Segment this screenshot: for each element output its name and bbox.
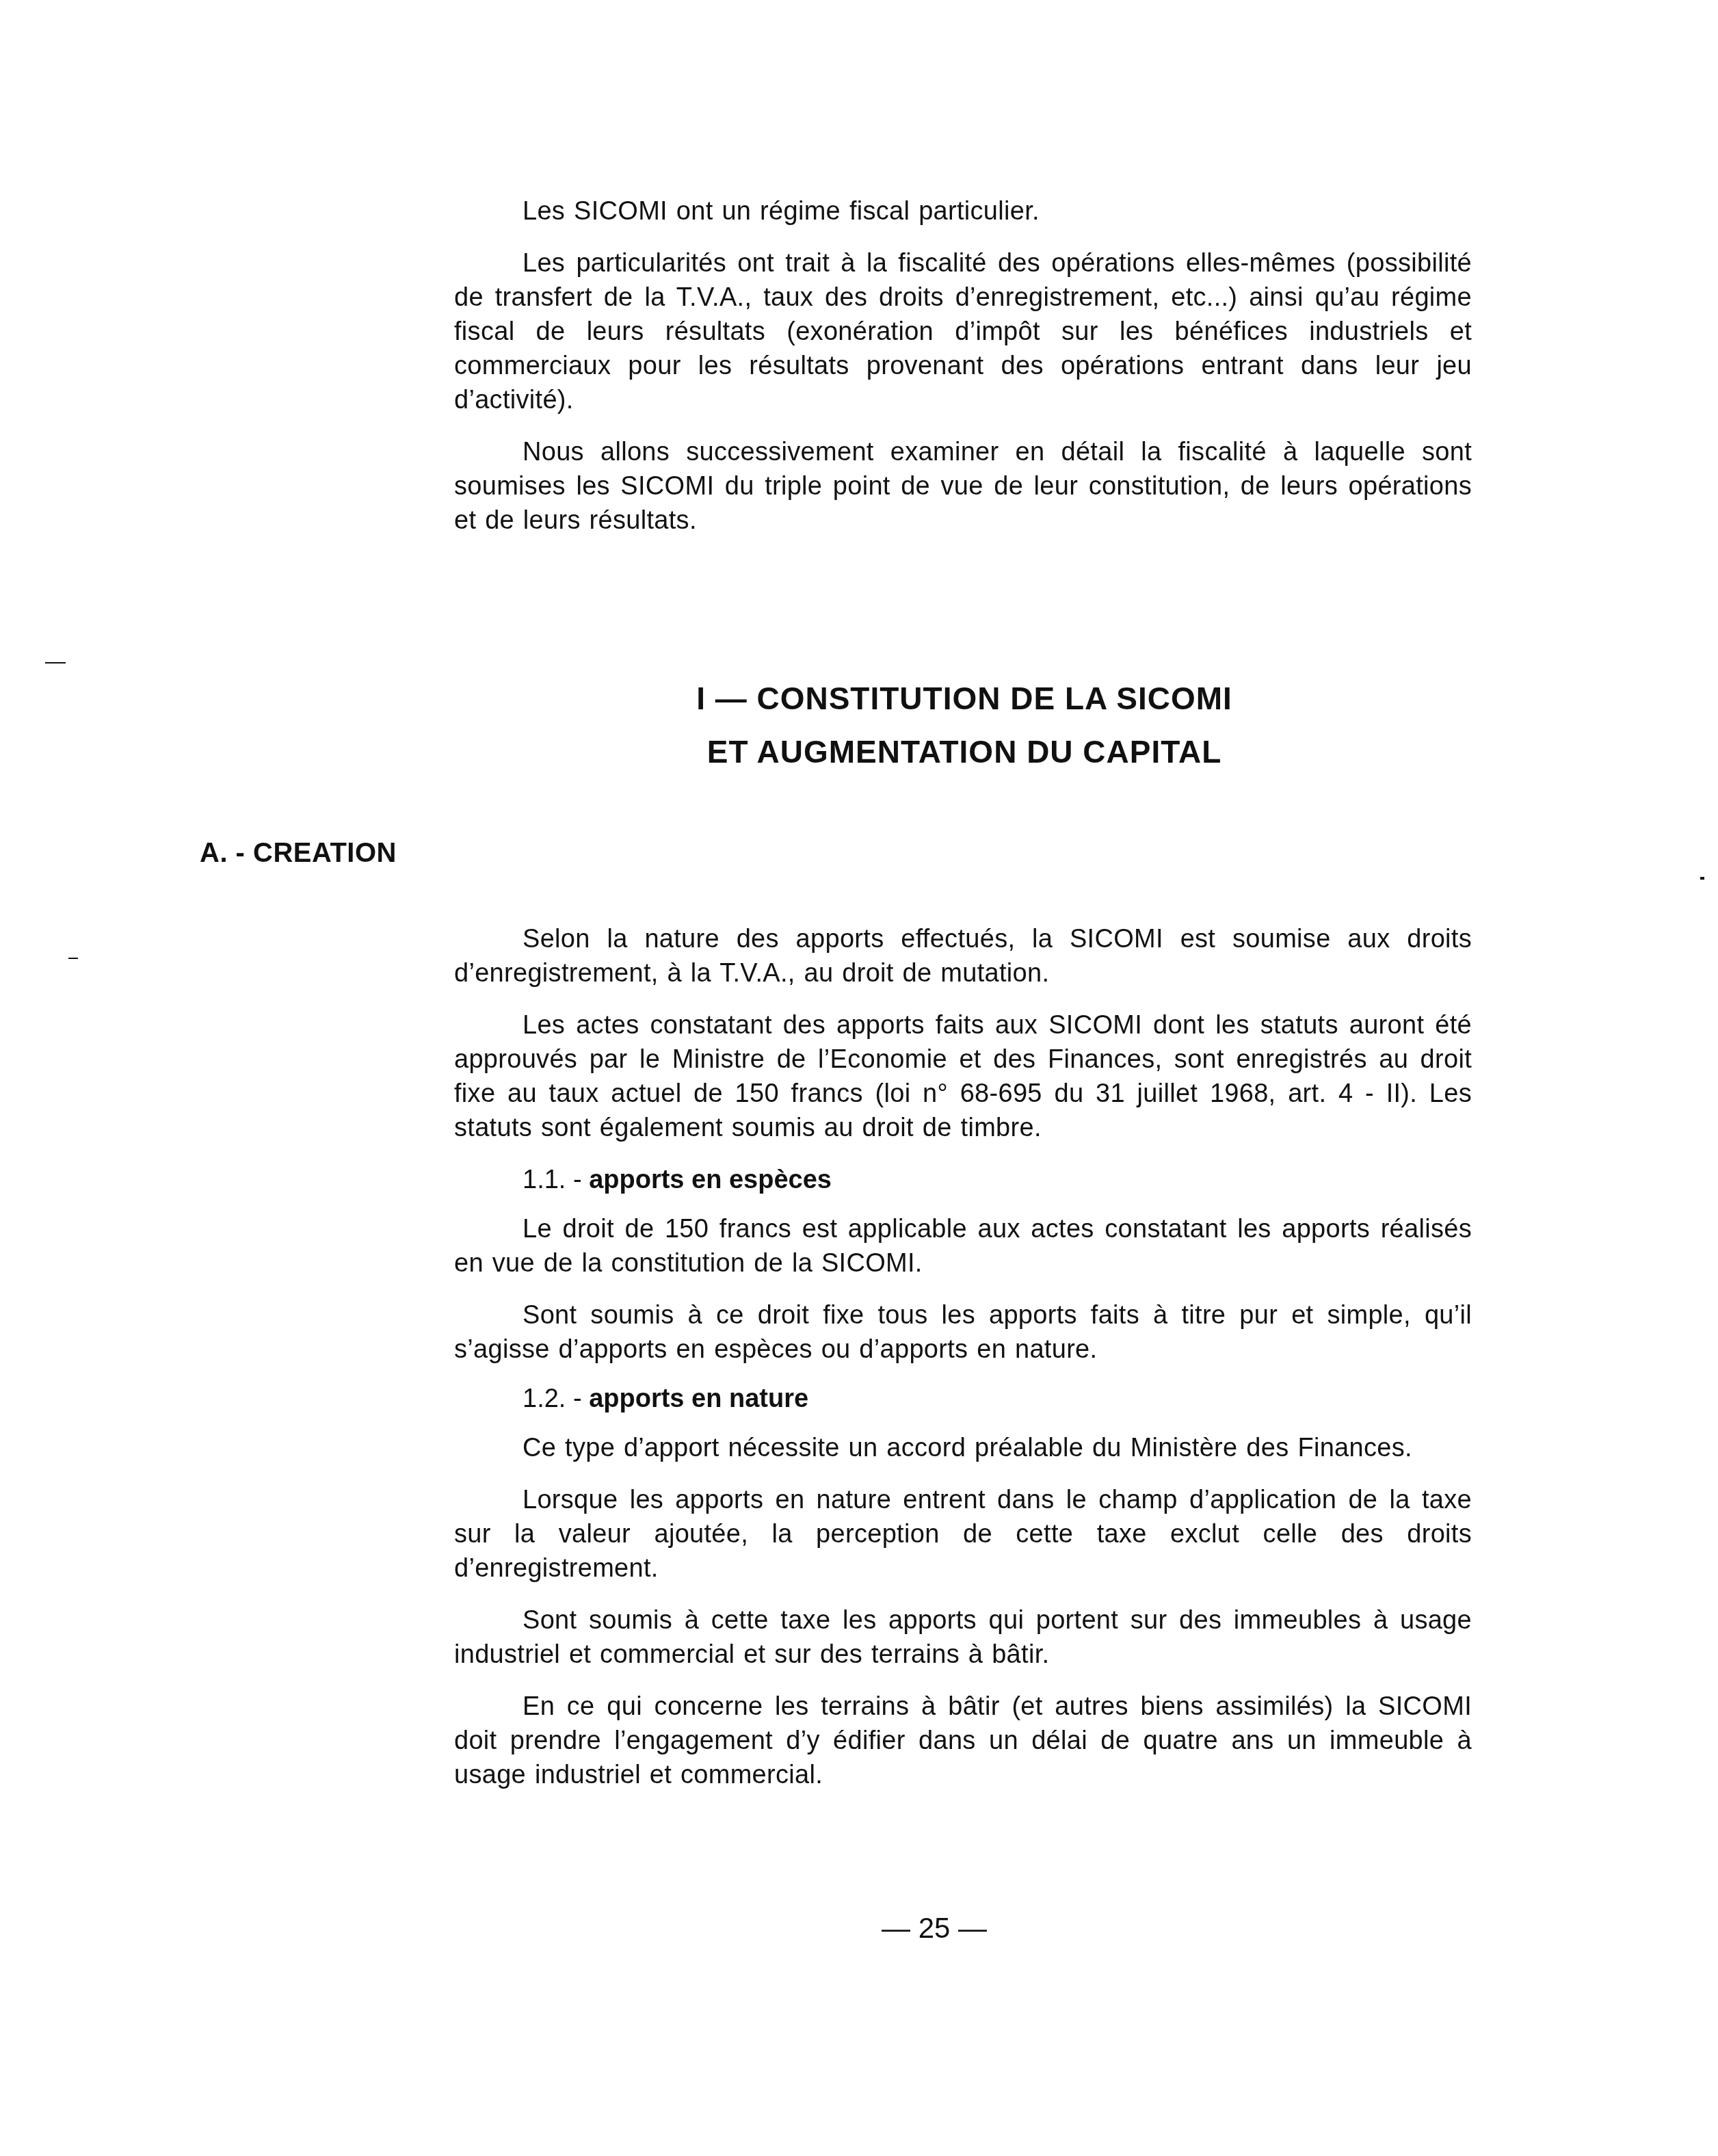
item-heading-apports-nature: 1.2. - apports en nature [454, 1382, 1472, 1416]
item-number: 1.1. - [523, 1166, 589, 1194]
intro-paragraph: Les SICOMI ont un régime fiscal particul… [454, 194, 1472, 228]
intro-paragraph: Nous allons successivement examiner en d… [454, 435, 1472, 538]
nature-paragraph: Lorsque les apports en nature entrent da… [454, 1483, 1472, 1586]
section-title-line-2: ET AUGMENTATION DU CAPITAL [643, 725, 1286, 778]
especes-paragraph: Sont soumis à ce droit fixe tous les app… [454, 1298, 1472, 1367]
nature-paragraph: Sont soumis à cette taxe les apports qui… [454, 1603, 1472, 1672]
subsection-heading-creation: A. - CREATION [200, 836, 397, 870]
item-heading-apports-especes: 1.1. - apports en espèces [454, 1163, 1472, 1197]
page-number: — 25 — [859, 1911, 1009, 1945]
item-label: apports en nature [589, 1384, 808, 1413]
item-number: 1.2. - [523, 1384, 589, 1413]
nature-paragraph: En ce qui concerne les terrains à bâtir … [454, 1690, 1472, 1792]
intro-section: Les SICOMI ont un régime fiscal particul… [454, 194, 1472, 538]
creation-paragraph: Selon la nature des apports effectués, l… [454, 922, 1472, 990]
especes-paragraph: Le droit de 150 francs est applicable au… [454, 1212, 1472, 1280]
scan-mark [45, 662, 66, 663]
nature-paragraph: Ce type d’apport nécessite un accord pré… [454, 1431, 1472, 1465]
scan-mark [68, 958, 78, 959]
intro-paragraph: Les particularités ont trait à la fiscal… [454, 246, 1472, 417]
creation-section: Selon la nature des apports effectués, l… [454, 922, 1472, 1792]
scan-mark [1700, 877, 1704, 880]
section-title: I — CONSTITUTION DE LA SICOMI ET AUGMENT… [643, 672, 1286, 778]
document-page: Les SICOMI ont un régime fiscal particul… [0, 0, 1718, 2156]
item-label: apports en espèces [589, 1166, 832, 1194]
creation-paragraph: Les actes constatant des apports faits a… [454, 1008, 1472, 1145]
section-title-line-1: I — CONSTITUTION DE LA SICOMI [643, 672, 1286, 725]
